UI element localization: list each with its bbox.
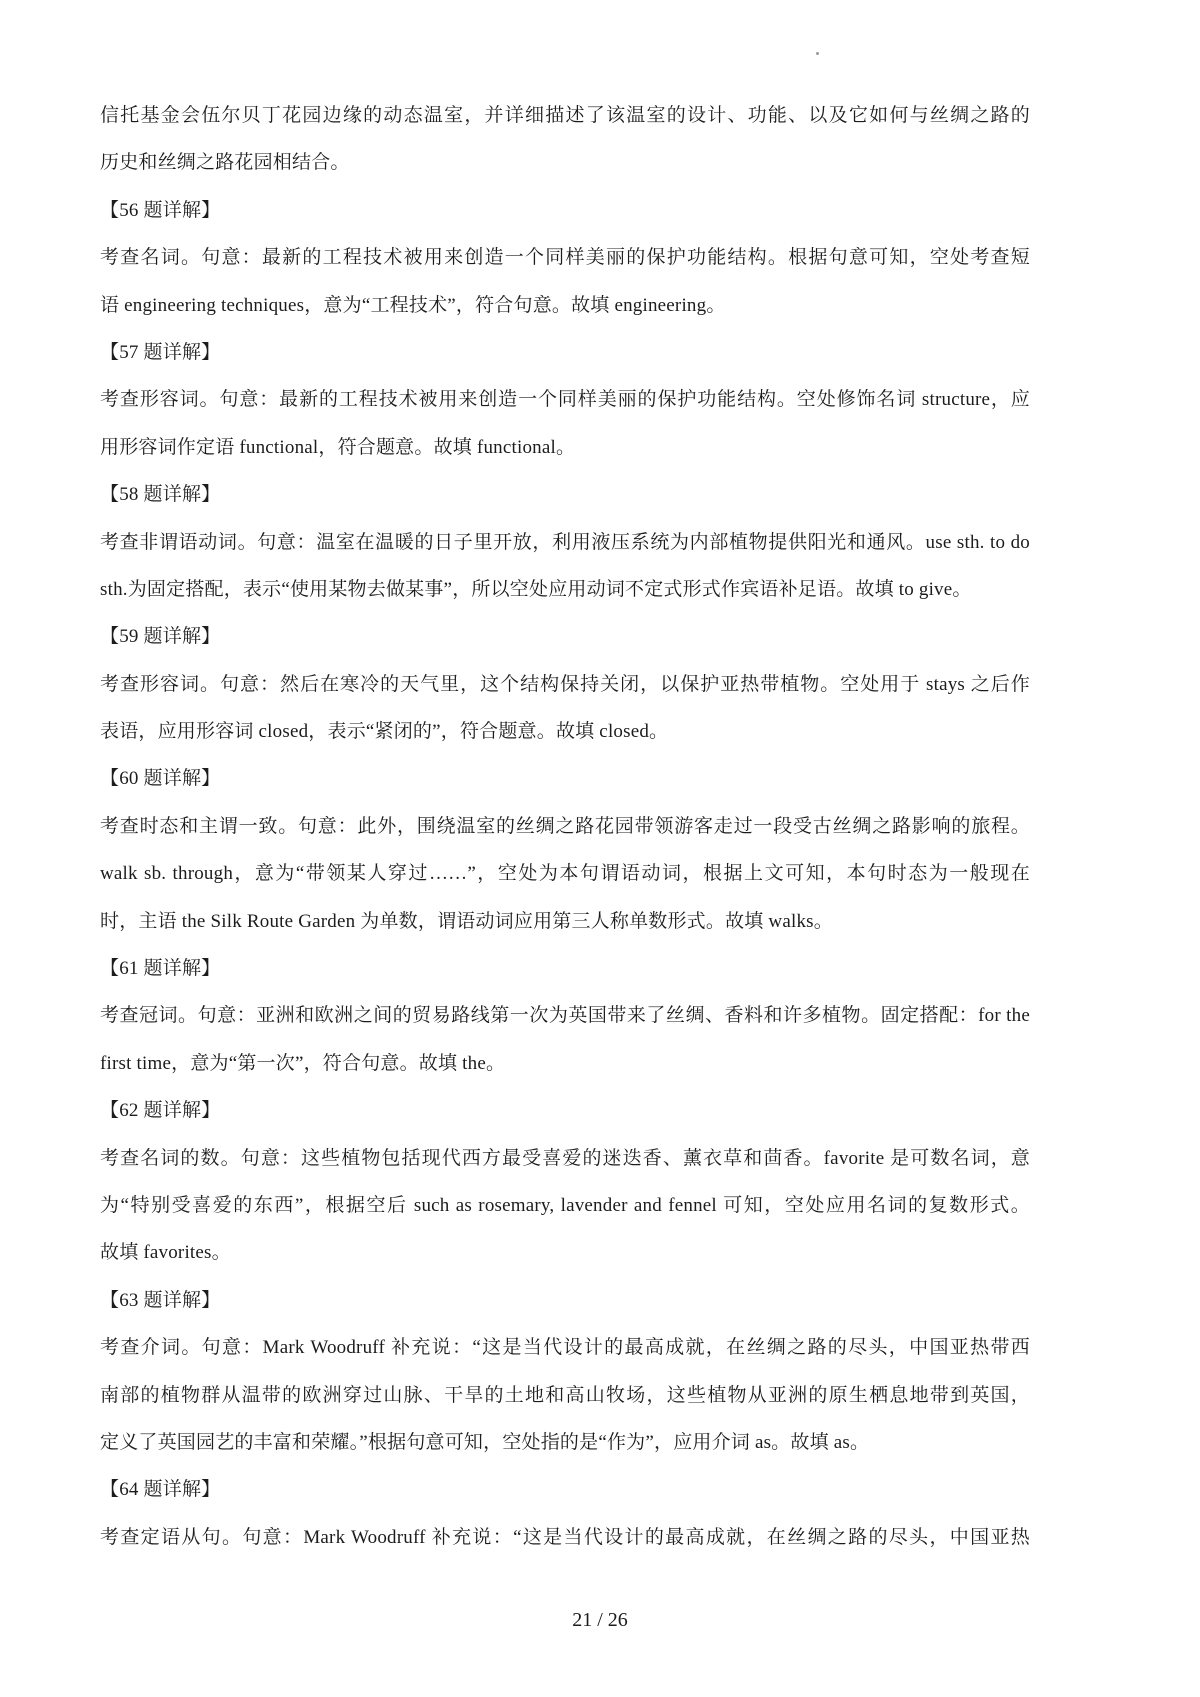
- text-line: walk sb. through，意为“带领某人穿过……”，空处为本句谓语动词，…: [100, 850, 1030, 897]
- text-line: 为“特别受喜爱的东西”，根据空后 such as rosemary, laven…: [100, 1182, 1030, 1229]
- text-line: sth.为固定搭配，表示“使用某物去做某事”，所以空处应用动词不定式形式作宾语补…: [100, 566, 1030, 613]
- heading-q64: 【64 题详解】: [100, 1466, 1030, 1513]
- page-number: 21 / 26: [0, 1605, 1200, 1635]
- heading-q62: 【62 题详解】: [100, 1087, 1030, 1134]
- text-line: 历史和丝绸之路花园相结合。: [100, 139, 1030, 186]
- text-line: 考查非谓语动词。句意：温室在温暖的日子里开放，利用液压系统为内部植物提供阳光和通…: [100, 519, 1030, 566]
- answer-explanations-text: 信托基金会伍尔贝丁花园边缘的动态温室，并详细描述了该温室的设计、功能、以及它如何…: [100, 92, 1030, 1561]
- document-page: 信托基金会伍尔贝丁花园边缘的动态温室，并详细描述了该温室的设计、功能、以及它如何…: [0, 0, 1200, 1697]
- text-line: 考查名词。句意：最新的工程技术被用来创造一个同样美丽的保护功能结构。根据句意可知…: [100, 234, 1030, 281]
- heading-q63: 【63 题详解】: [100, 1277, 1030, 1324]
- heading-q56: 【56 题详解】: [100, 187, 1030, 234]
- text-line: 考查冠词。句意：亚洲和欧洲之间的贸易路线第一次为英国带来了丝绸、香料和许多植物。…: [100, 992, 1030, 1039]
- text-line: 定义了英国园艺的丰富和荣耀。”根据句意可知，空处指的是“作为”，应用介词 as。…: [100, 1419, 1030, 1466]
- stray-dot-mark: [816, 52, 819, 55]
- heading-q59: 【59 题详解】: [100, 613, 1030, 660]
- text-line: 时，主语 the Silk Route Garden 为单数，谓语动词应用第三人…: [100, 898, 1030, 945]
- text-line: 用形容词作定语 functional，符合题意。故填 functional。: [100, 424, 1030, 471]
- text-line: 南部的植物群从温带的欧洲穿过山脉、干旱的土地和高山牧场，这些植物从亚洲的原生栖息…: [100, 1372, 1030, 1419]
- heading-q60: 【60 题详解】: [100, 755, 1030, 802]
- text-line: 表语，应用形容词 closed，表示“紧闭的”，符合题意。故填 closed。: [100, 708, 1030, 755]
- text-line: 考查形容词。句意：然后在寒冷的天气里，这个结构保持关闭，以保护亚热带植物。空处用…: [100, 661, 1030, 708]
- heading-q58: 【58 题详解】: [100, 471, 1030, 518]
- text-line: 考查介词。句意：Mark Woodruff 补充说：“这是当代设计的最高成就，在…: [100, 1324, 1030, 1371]
- text-line: 考查形容词。句意：最新的工程技术被用来创造一个同样美丽的保护功能结构。空处修饰名…: [100, 376, 1030, 423]
- text-line: first time，意为“第一次”，符合句意。故填 the。: [100, 1040, 1030, 1087]
- text-line: 考查定语从句。句意：Mark Woodruff 补充说：“这是当代设计的最高成就…: [100, 1514, 1030, 1561]
- text-line: 语 engineering techniques，意为“工程技术”，符合句意。故…: [100, 282, 1030, 329]
- text-line: 信托基金会伍尔贝丁花园边缘的动态温室，并详细描述了该温室的设计、功能、以及它如何…: [100, 92, 1030, 139]
- text-line: 考查名词的数。句意：这些植物包括现代西方最受喜爱的迷迭香、薰衣草和茴香。favo…: [100, 1135, 1030, 1182]
- text-line: 故填 favorites。: [100, 1229, 1030, 1276]
- heading-q57: 【57 题详解】: [100, 329, 1030, 376]
- text-line: 考查时态和主谓一致。句意：此外，围绕温室的丝绸之路花园带领游客走过一段受古丝绸之…: [100, 803, 1030, 850]
- heading-q61: 【61 题详解】: [100, 945, 1030, 992]
